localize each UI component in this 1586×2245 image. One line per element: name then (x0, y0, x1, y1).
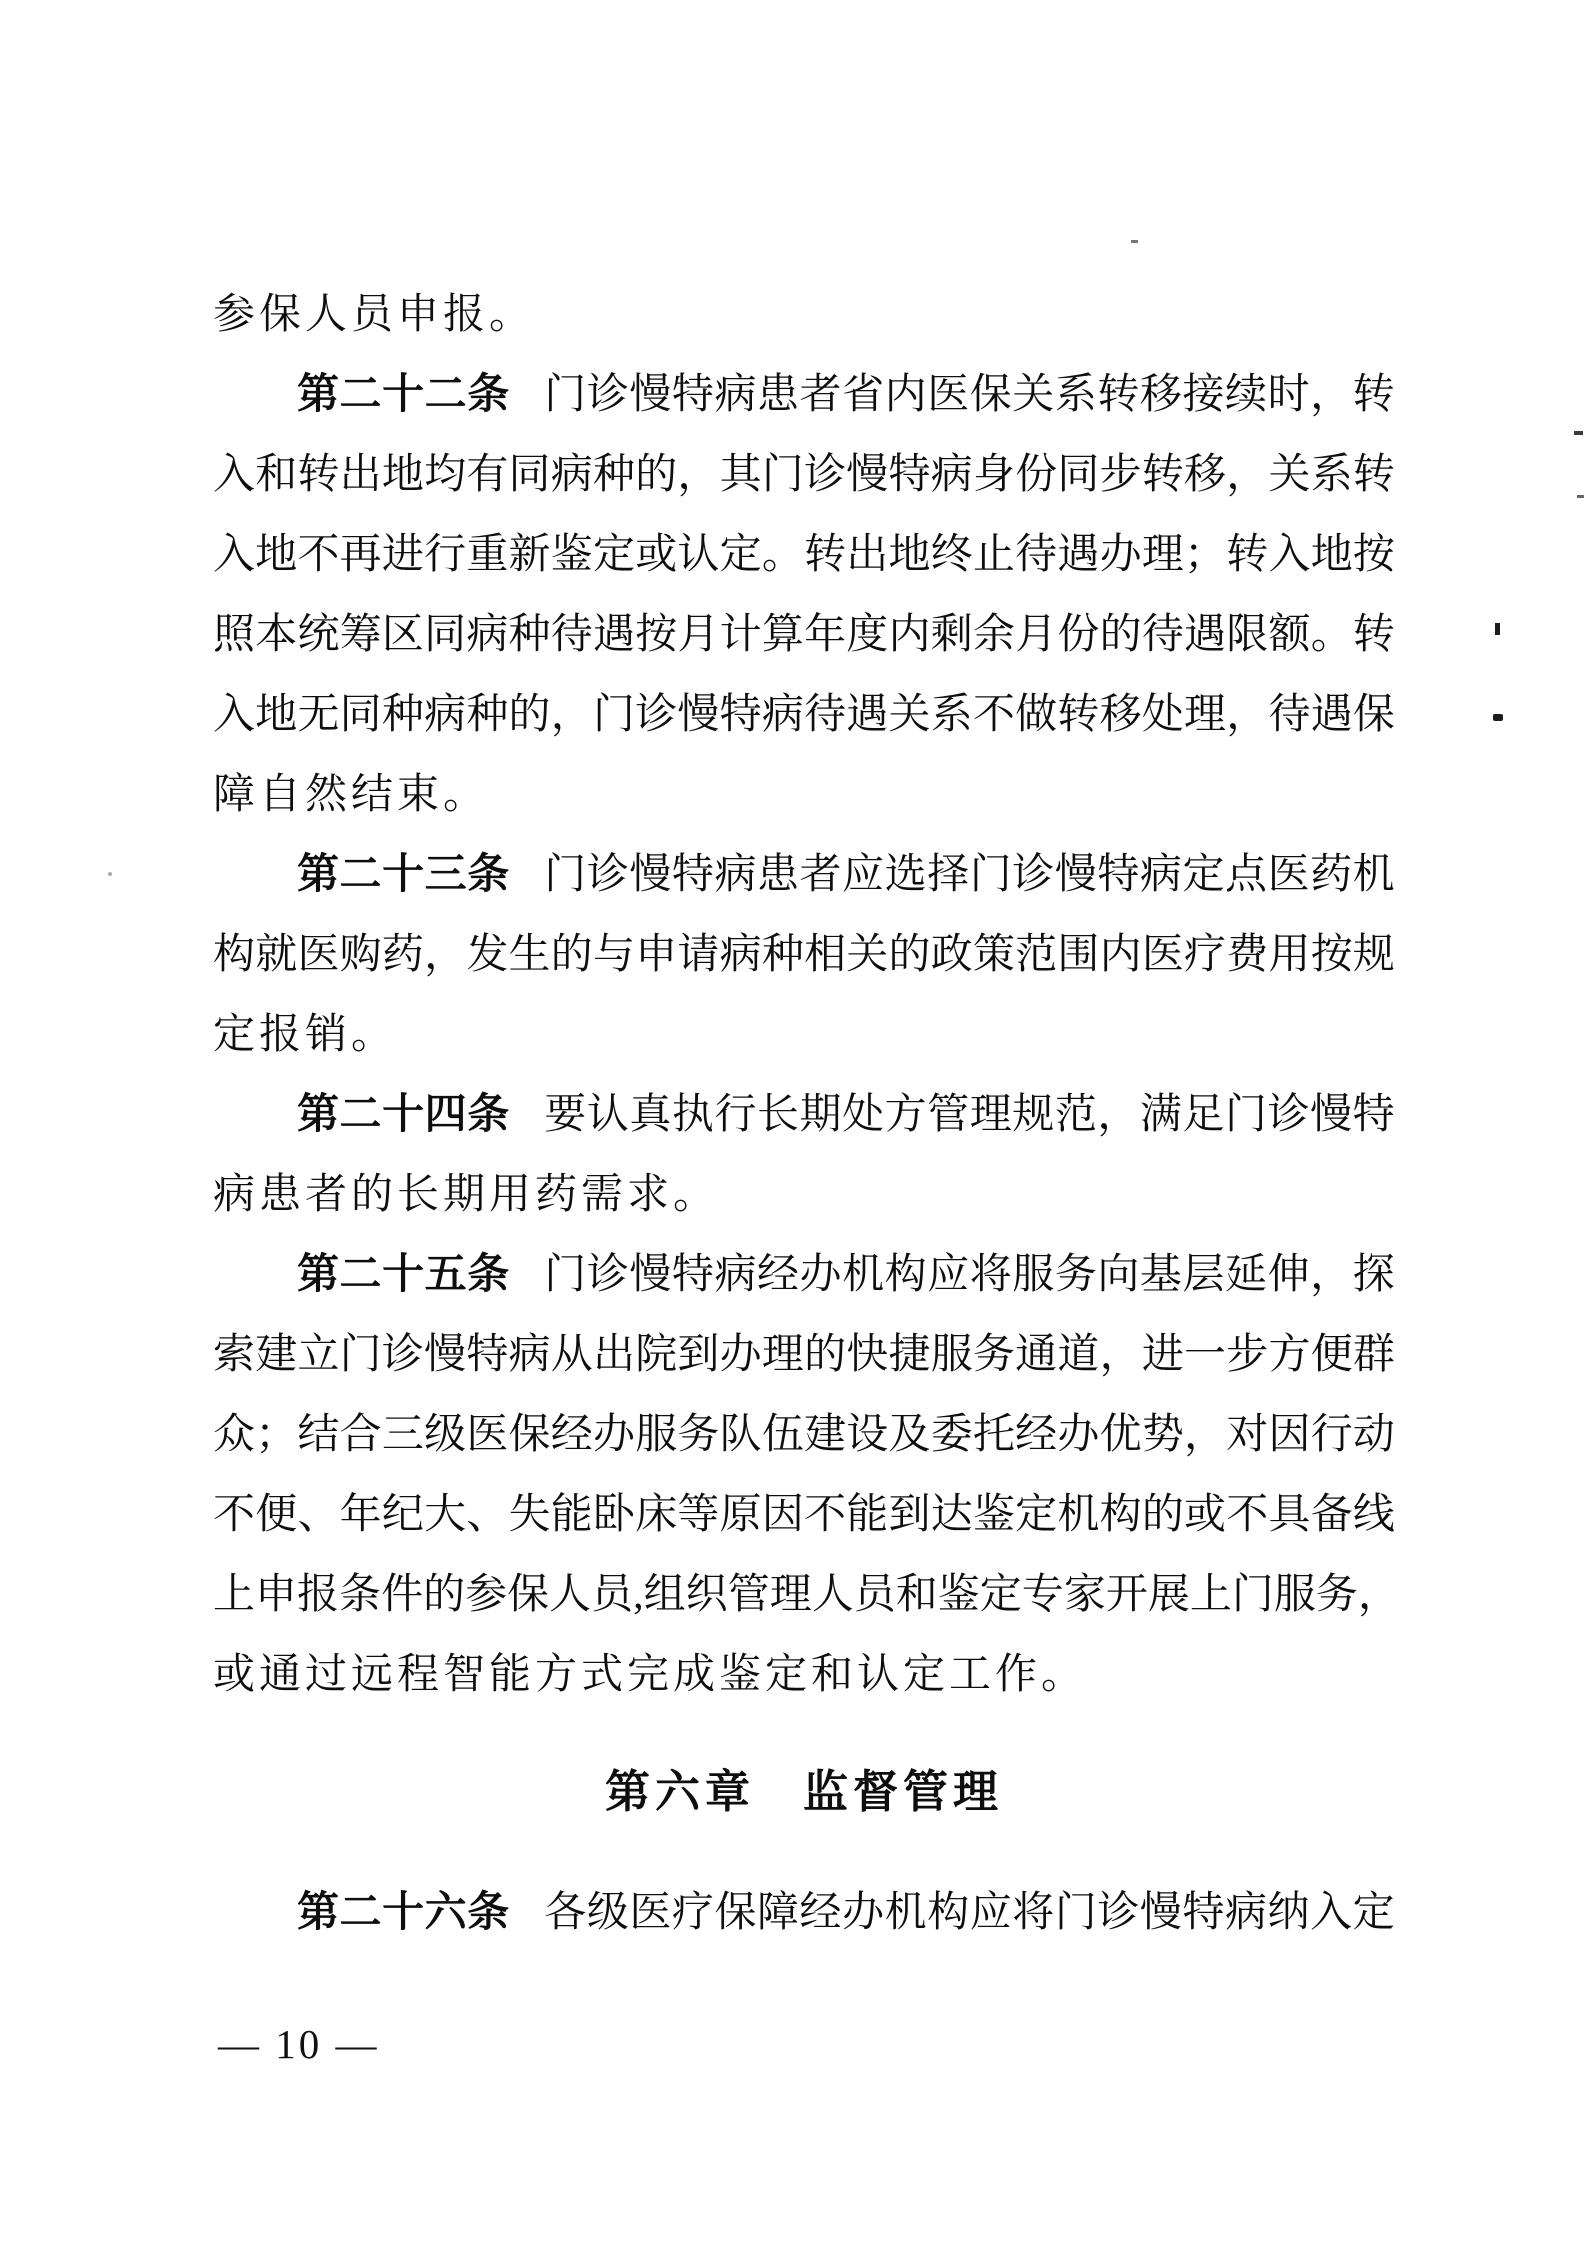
article-22-line: 入地无同种病种的，门诊慢特病待遇关系不做转移处理，待遇保 (213, 675, 1395, 755)
article-24-line: 病患者的长期用药需求。 (213, 1155, 1395, 1235)
line-text: 或通过远程智能方式完成鉴定和认定工作。 (213, 1652, 1087, 1698)
article-23-line: 定报销。 (213, 995, 1395, 1075)
document-page: 参保人员申报。 第二十二条门诊慢特病患者省内医保关系转移接续时，转 入和转出地均… (0, 0, 1586, 2245)
chapter-title: 监督管理 (803, 1752, 1003, 1832)
article-25-line: 第二十五条门诊慢特病经办机构应将服务向基层延伸，探 (213, 1235, 1395, 1315)
line-text: 障自然结束。 (213, 772, 489, 818)
scan-speck (1131, 240, 1138, 243)
scan-speck (1493, 714, 1503, 721)
article-22-line: 入地不再进行重新鉴定或认定。转出地终止待遇办理；转入地按 (213, 515, 1395, 595)
article-24-line: 第二十四条要认真执行长期处方管理规范，满足门诊慢特 (213, 1075, 1395, 1155)
article-22-line: 障自然结束。 (213, 755, 1395, 835)
chapter-number: 第六章 (605, 1752, 755, 1832)
article-26-line: 第二十六条各级医疗保障经办机构应将门诊慢特病纳入定 (213, 1873, 1395, 1953)
paragraph-continuation-line: 参保人员申报。 (213, 275, 1395, 355)
article-25-line: 众；结合三级医保经办服务队伍建设及委托经办优势，对因行动 (213, 1395, 1395, 1475)
article-22-line: 第二十二条门诊慢特病患者省内医保关系转移接续时，转 (213, 355, 1395, 435)
article-25-line: 上申报条件的参保人员,组织管理人员和鉴定专家开展上门服务， (213, 1555, 1395, 1635)
line-text: 参保人员申报。 (213, 292, 535, 338)
article-25-line: 索建立门诊慢特病从出院到办理的快捷服务通道，进一步方便群 (213, 1315, 1395, 1395)
scan-speck (1577, 495, 1584, 498)
text-block: 参保人员申报。 第二十二条门诊慢特病患者省内医保关系转移接续时，转 入和转出地均… (213, 275, 1395, 1953)
article-22-line: 入和转出地均有同病种的，其门诊慢特病身份同步转移，关系转 (213, 435, 1395, 515)
article-23-line: 第二十三条门诊慢特病患者应选择门诊慢特病定点医药机 (213, 835, 1395, 915)
page-number: — 10 — (218, 2022, 380, 2066)
scan-speck (1495, 623, 1500, 635)
article-25-line: 不便、年纪大、失能卧床等原因不能到达鉴定机构的或不具备线 (213, 1475, 1395, 1555)
line-text: 病患者的长期用药需求。 (213, 1172, 719, 1218)
chapter-heading: 第六章监督管理 (213, 1752, 1395, 1832)
scan-speck (1574, 431, 1583, 435)
article-23-line: 构就医购药，发生的与申请病种相关的政策范围内医疗费用按规 (213, 915, 1395, 995)
line-text: 定报销。 (213, 1012, 397, 1058)
article-25-line: 或通过远程智能方式完成鉴定和认定工作。 (213, 1635, 1395, 1715)
article-22-line: 照本统筹区同病种待遇按月计算年度内剩余月份的待遇限额。转 (213, 595, 1395, 675)
scan-speck (108, 872, 112, 876)
